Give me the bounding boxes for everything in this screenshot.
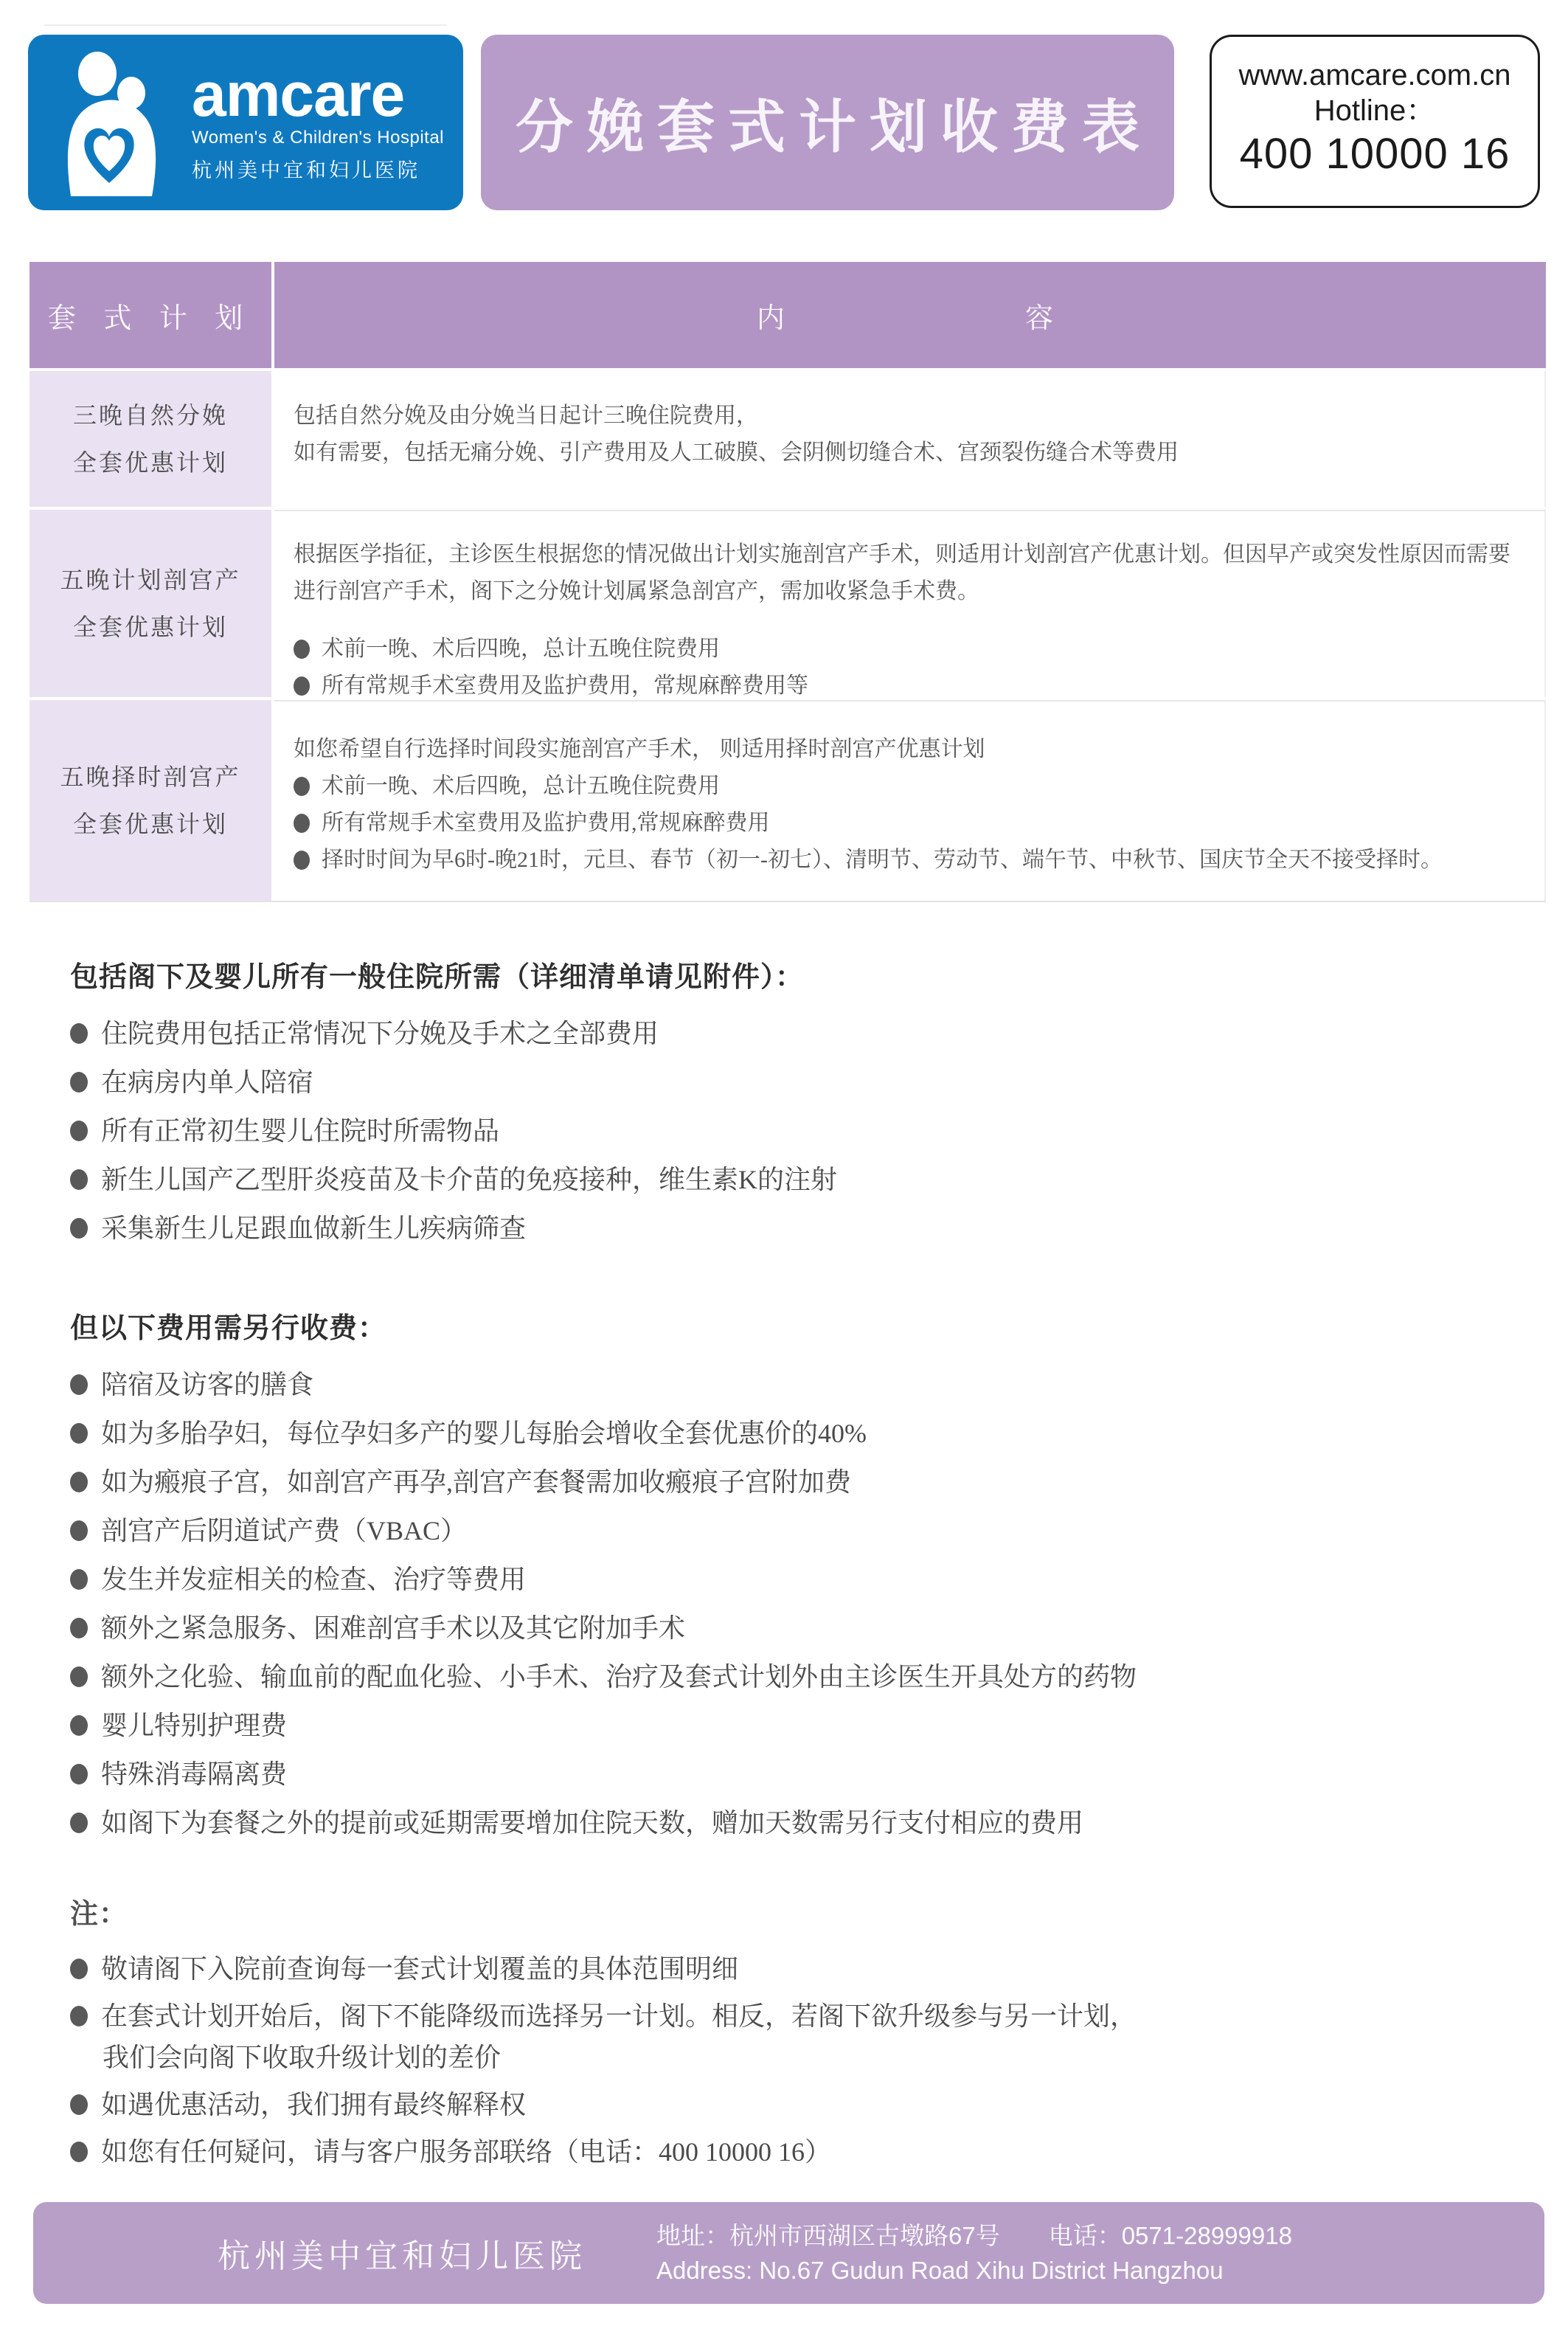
leaflet-page: amcare Women's & Children's Hospital 杭州美… — [0, 0, 1568, 2340]
plan-content: 根据医学指征，主诊医生根据您的情况做出计划实施剖宫产手术，则适用计划剖宫产优惠计… — [274, 510, 1546, 697]
bullet-text: 所有常规手术室费用及监护费用,常规麻醉费用 — [322, 805, 770, 842]
bullet-item: 术前一晚、术后四晚，总计五晚住院费用 — [294, 631, 1524, 668]
bullet-item: 择时时间为早6时-晚21时，元旦、春节（初一-初七）、清明节、劳动节、端午节、中… — [294, 842, 1524, 879]
note-text: 如您有任何疑问，请与客户服务部联络（电话：400 10000 16） — [101, 2141, 831, 2163]
list-item-text: 如为瘢痕子宫，如剖宫产再孕,剖宫产套餐需加收瘢痕子宫附加费 — [101, 1471, 851, 1493]
plan-name: 五晚择时剖宫产 全套优惠计划 — [30, 700, 271, 901]
bullet-dot-icon — [70, 1618, 88, 1638]
note-text: 敬请阁下入院前查询每一套式计划覆盖的具体范围明细 — [101, 1958, 738, 1980]
bullet-dot-icon — [70, 1121, 88, 1141]
list-item: 如为多胎孕妇，每位孕妇多产的婴儿每胎会增收全套优惠价的40% — [70, 1422, 1516, 1444]
list-item-text: 住院费用包括正常情况下分娩及手术之全部费用 — [101, 1022, 659, 1045]
content-line: 如有需要，包括无痛分娩、引产费用及人工破膜、会阴侧切缝合术、宫颈裂伤缝合术等费用 — [294, 435, 1524, 471]
bullet-dot-icon — [70, 1520, 88, 1541]
list-item: 婴儿特别护理费 — [70, 1714, 1516, 1737]
bullet-text: 术前一晚、术后四晚，总计五晚住院费用 — [322, 768, 720, 805]
bullet-dot-icon — [70, 1472, 88, 1492]
bullet-text: 术前一晚、术后四晚，总计五晚住院费用 — [322, 631, 720, 668]
list-item: 特殊消毒隔离费 — [70, 1763, 1516, 1785]
list-item: 额外之紧急服务、困难剖宫手术以及其它附加手术 — [70, 1617, 1516, 1639]
bullet-dot-icon — [70, 1569, 88, 1590]
included-section: 包括阁下及婴儿所有一般住院所需（详细清单请见附件）： 住院费用包括正常情况下分娩… — [70, 959, 1516, 1239]
table-header-row: 套 式 计 划 内 容 — [30, 262, 1546, 368]
bullet-dot-icon — [70, 2094, 88, 2115]
bullet-dot-icon — [70, 2142, 88, 2162]
note-text: 在套式计划开始后，阁下不能降级而选择另一计划。相反，若阁下欲升级参与另一计划， — [101, 2005, 1137, 2027]
plan-content: 包括自然分娩及由分娩当日起计三晚住院费用， 如有需要，包括无痛分娩、引产费用及人… — [274, 371, 1546, 507]
bullet-dot-icon — [70, 1715, 88, 1736]
bullet-text: 择时时间为早6时-晚21时，元旦、春节（初一-初七）、清明节、劳动节、端午节、中… — [322, 842, 1443, 879]
bullet-dot-icon — [70, 1374, 88, 1395]
mother-child-heart-icon — [55, 49, 184, 196]
content-line: 包括自然分娩及由分娩当日起计三晚住院费用， — [294, 398, 1524, 435]
list-item: 所有正常初生婴儿住院时所需物品 — [70, 1120, 1516, 1142]
list-item-text: 采集新生儿足跟血做新生儿疾病筛查 — [101, 1217, 526, 1239]
address-block: 地址：杭州市西湖区古墩路67号 电话：0571-28999918 Address… — [656, 2218, 1292, 2288]
brand-name: amcare — [192, 63, 444, 126]
footer-bar: 杭州美中宜和妇儿医院 地址：杭州市西湖区古墩路67号 电话：0571-28999… — [33, 2202, 1544, 2304]
plan-name: 三晚自然分娩 全套优惠计划 — [30, 371, 271, 507]
hospital-name: 杭州美中宜和妇儿医院 — [218, 2229, 586, 2277]
list-item: 剖宫产后阴道试产费（VBAC） — [70, 1520, 1516, 1542]
bullet-dot-icon — [70, 1169, 88, 1190]
list-item-text: 在病房内单人陪宿 — [101, 1071, 313, 1093]
brand-tagline-zh: 杭州美中宜和妇儿医院 — [192, 154, 444, 183]
list-item-text: 发生并发症相关的检查、治疗等费用 — [101, 1568, 526, 1590]
bullet-dot-icon — [70, 1023, 88, 1044]
list-item: 住院费用包括正常情况下分娩及手术之全部费用 — [70, 1022, 1516, 1045]
note-continuation: 我们会向阁下收取升级计划的差价 — [103, 2046, 1516, 2069]
bullet-dot-icon — [70, 1813, 88, 1833]
content-line: 进行剖宫产手术，阁下之分娩计划属紧急剖宫产，需加收紧急手术费。 — [294, 573, 1524, 610]
list-item: 在病房内单人陪宿 — [70, 1071, 1516, 1093]
section-heading: 但以下费用需另行收费： — [70, 1310, 1516, 1347]
note-item: 敬请阁下入院前查询每一套式计划覆盖的具体范围明细 — [70, 1958, 1516, 1980]
list-item-text: 新生儿国产乙型肝炎疫苗及卡介苗的免疫接种，维生素K的注射 — [101, 1169, 837, 1191]
list-item: 发生并发症相关的检查、治疗等费用 — [70, 1568, 1516, 1590]
brand-tagline-en: Women's & Children's Hospital — [192, 128, 444, 148]
scan-edge-line — [44, 24, 446, 26]
plan-name-line: 全套优惠计划 — [73, 603, 228, 651]
note-item: 如遇优惠活动，我们拥有最终解释权 — [70, 2094, 1516, 2116]
extra-fees-section: 但以下费用需另行收费： 陪宿及访客的膳食 如为多胎孕妇，每位孕妇多产的婴儿每胎会… — [70, 1310, 1516, 1834]
plan-name-line: 三晚自然分娩 — [73, 392, 228, 439]
address-zh: 地址：杭州市西湖区古墩路67号 电话：0571-28999918 — [656, 2218, 1292, 2253]
list-item: 采集新生儿足跟血做新生儿疾病筛查 — [70, 1217, 1516, 1239]
list-item: 如为瘢痕子宫，如剖宫产再孕,剖宫产套餐需加收瘢痕子宫附加费 — [70, 1471, 1516, 1493]
column-header-plan: 套 式 计 划 — [30, 262, 271, 368]
list-item: 陪宿及访客的膳食 — [70, 1374, 1516, 1396]
notes-section: 注： 敬请阁下入院前查询每一套式计划覆盖的具体范围明细 在套式计划开始后，阁下不… — [70, 1896, 1516, 2163]
plan-name: 五晚计划剖宫产 全套优惠计划 — [30, 510, 271, 697]
bullet-text: 所有常规手术室费用及监护费用，常规麻醉费用等 — [322, 668, 808, 705]
list-item-text: 额外之化验、输血前的配血化验、小手术、治疗及套式计划外由主诊医生开具处方的药物 — [101, 1666, 1137, 1688]
bullet-dot-icon — [70, 1666, 88, 1687]
bullet-dot-icon — [70, 1218, 88, 1239]
page-title: 分娩套式计划收费表 — [481, 35, 1174, 210]
note-text: 如遇优惠活动，我们拥有最终解释权 — [101, 2094, 526, 2116]
bullet-dot-icon — [70, 1423, 88, 1444]
hospital-logo: amcare Women's & Children's Hospital 杭州美… — [28, 35, 463, 210]
section-heading: 注： — [70, 1896, 1516, 1933]
bullet-item: 所有常规手术室费用及监护费用，常规麻醉费用等 — [294, 668, 1524, 705]
list-item: 如阁下为套餐之外的提前或延期需要增加住院天数，赠加天数需另行支付相应的费用 — [70, 1812, 1516, 1834]
plan-name-line: 五晚择时剖宫产 — [60, 753, 240, 800]
list-item-text: 剖宫产后阴道试产费（VBAC） — [101, 1520, 467, 1542]
column-header-content: 内 容 — [274, 262, 1546, 368]
note-item: 如您有任何疑问，请与客户服务部联络（电话：400 10000 16） — [70, 2141, 1516, 2163]
bullet-dot-icon — [294, 851, 310, 870]
bullet-dot-icon — [294, 814, 310, 833]
table-row: 五晚择时剖宫产 全套优惠计划 如您希望自行选择时间段实施剖宫产手术， 则适用择时… — [30, 700, 1546, 901]
content-line: 根据医学指征，主诊医生根据您的情况做出计划实施剖宫产手术，则适用计划剖宫产优惠计… — [294, 536, 1524, 573]
bullet-dot-icon — [70, 1072, 88, 1093]
website-text: www.amcare.com.cn — [1212, 58, 1538, 93]
list-item-text: 如阁下为套餐之外的提前或延期需要增加住院天数，赠加天数需另行支付相应的费用 — [101, 1812, 1083, 1834]
logo-text: amcare Women's & Children's Hospital 杭州美… — [192, 63, 444, 183]
address-en: Address: No.67 Gudun Road Xihu District … — [656, 2253, 1292, 2288]
note-item: 在套式计划开始后，阁下不能降级而选择另一计划。相反，若阁下欲升级参与另一计划， — [70, 2005, 1516, 2027]
contact-box: www.amcare.com.cn Hotline： 400 10000 16 — [1210, 35, 1540, 208]
list-item-text: 如为多胎孕妇，每位孕妇多产的婴儿每胎会增收全套优惠价的40% — [101, 1422, 867, 1444]
table-row: 五晚计划剖宫产 全套优惠计划 根据医学指征，主诊医生根据您的情况做出计划实施剖宫… — [30, 510, 1546, 697]
hotline-number: 400 10000 16 — [1212, 130, 1538, 179]
plan-content: 如您希望自行选择时间段实施剖宫产手术， 则适用择时剖宫产优惠计划 术前一晚、术后… — [274, 700, 1546, 901]
list-item-text: 婴儿特别护理费 — [101, 1714, 287, 1737]
bullet-dot-icon — [70, 2006, 88, 2026]
list-item-text: 所有正常初生婴儿住院时所需物品 — [101, 1120, 499, 1142]
plan-name-line: 五晚计划剖宫产 — [60, 556, 240, 603]
plan-name-line: 全套优惠计划 — [73, 439, 228, 486]
list-item: 额外之化验、输血前的配血化验、小手术、治疗及套式计划外由主诊医生开具处方的药物 — [70, 1666, 1516, 1688]
list-item-text: 陪宿及访客的膳食 — [101, 1374, 313, 1396]
bullet-item: 术前一晚、术后四晚，总计五晚住院费用 — [294, 768, 1524, 805]
bullet-dot-icon — [294, 777, 310, 796]
plan-name-line: 全套优惠计划 — [73, 800, 228, 848]
bullet-dot-icon — [294, 676, 310, 696]
bullet-item: 所有常规手术室费用及监护费用,常规麻醉费用 — [294, 805, 1524, 842]
bullet-dot-icon — [294, 640, 310, 659]
bullet-dot-icon — [70, 1764, 88, 1785]
list-item-text: 特殊消毒隔离费 — [101, 1763, 287, 1785]
list-item: 新生儿国产乙型肝炎疫苗及卡介苗的免疫接种，维生素K的注射 — [70, 1169, 1516, 1191]
hotline-label: Hotline： — [1212, 93, 1538, 128]
table-row: 三晚自然分娩 全套优惠计划 包括自然分娩及由分娩当日起计三晚住院费用， 如有需要… — [30, 371, 1546, 507]
list-item-text: 额外之紧急服务、困难剖宫手术以及其它附加手术 — [101, 1617, 685, 1639]
content-line: 如您希望自行选择时间段实施剖宫产手术， 则适用择时剖宫产优惠计划 — [294, 731, 1524, 768]
section-heading: 包括阁下及婴儿所有一般住院所需（详细清单请见附件）： — [70, 959, 1516, 996]
content-bullets: 术前一晚、术后四晚，总计五晚住院费用 所有常规手术室费用及监护费用，常规麻醉费用… — [294, 631, 1524, 705]
plan-table: 套 式 计 划 内 容 三晚自然分娩 全套优惠计划 包括自然分娩及由分娩当日起计… — [30, 262, 1546, 902]
bullet-dot-icon — [70, 1959, 88, 1979]
